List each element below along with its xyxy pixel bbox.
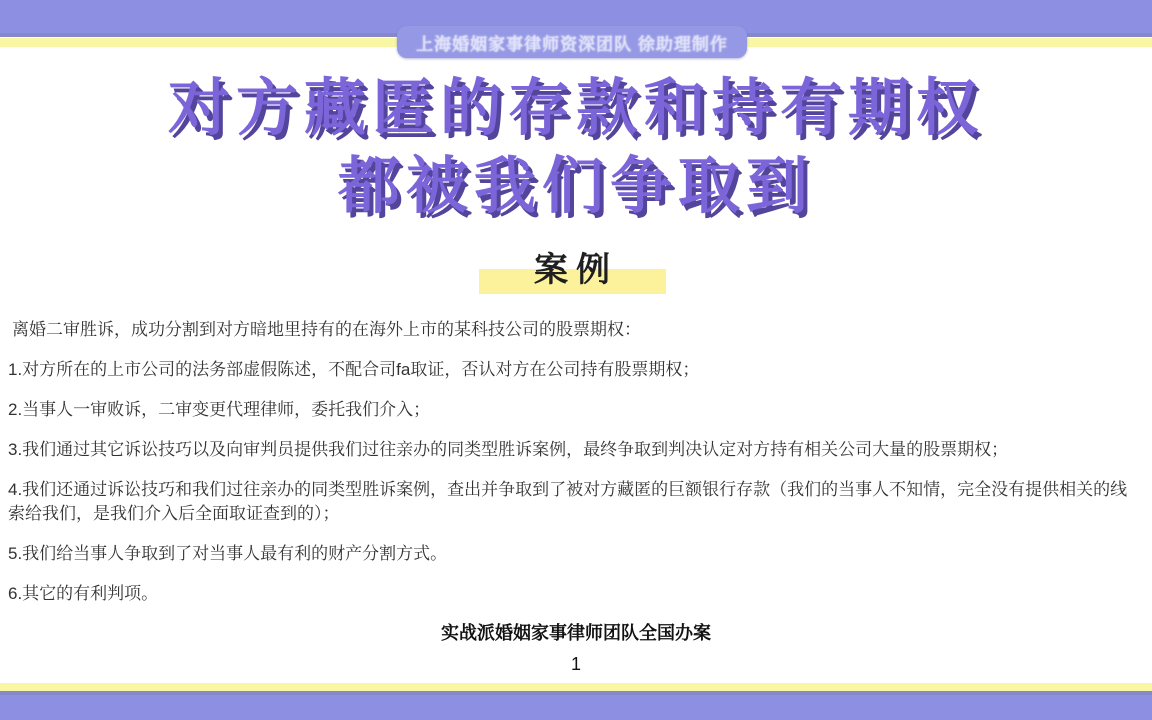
watermark-badge: 上海婚姻家事律师资深团队 徐助理制作 bbox=[397, 26, 747, 58]
section-heading: 案例 bbox=[0, 248, 1152, 292]
slide-page: 上海婚姻家事律师资深团队 徐助理制作 对方藏匿的存款和持有期权 都被我们争取到 … bbox=[0, 0, 1152, 720]
section-heading-text: 案例 bbox=[534, 251, 618, 289]
case-point-6: 6.其它的有利判项。 bbox=[8, 582, 1144, 606]
watermark-badge-text: 上海婚姻家事律师资深团队 徐助理制作 bbox=[416, 30, 728, 55]
page-number: 1 bbox=[0, 654, 1152, 675]
footer-tagline: 实战派婚姻家事律师团队全国办案 bbox=[0, 619, 1152, 645]
case-point-4: 4.我们还通过诉讼技巧和我们过往亲办的同类型胜诉案例，查出并争取到了被对方藏匿的… bbox=[8, 478, 1144, 526]
case-point-3: 3.我们通过其它诉讼技巧以及向审判员提供我们过往亲办的同类型胜诉案例，最终争取到… bbox=[8, 438, 1144, 462]
case-point-5: 5.我们给当事人争取到了对当事人最有利的财产分割方式。 bbox=[8, 542, 1144, 566]
case-description: 离婚二审胜诉，成功分割到对方暗地里持有的在海外上市的某科技公司的股票期权： 1.… bbox=[8, 318, 1144, 622]
slide-title: 对方藏匿的存款和持有期权 都被我们争取到 bbox=[0, 70, 1152, 226]
case-point-1: 1.对方所在的上市公司的法务部虚假陈述，不配合司fa取证，否认对方在公司持有股票… bbox=[8, 358, 1144, 382]
slide-title-line2: 都被我们争取到 bbox=[0, 148, 1152, 226]
case-point-2: 2.当事人一审败诉，二审变更代理律师，委托我们介入； bbox=[8, 398, 1144, 422]
bottom-decorative-band bbox=[0, 691, 1152, 720]
slide-title-line1: 对方藏匿的存款和持有期权 bbox=[0, 70, 1152, 148]
case-intro: 离婚二审胜诉，成功分割到对方暗地里持有的在海外上市的某科技公司的股票期权： bbox=[8, 318, 1144, 342]
bottom-yellow-stripe bbox=[0, 683, 1152, 691]
